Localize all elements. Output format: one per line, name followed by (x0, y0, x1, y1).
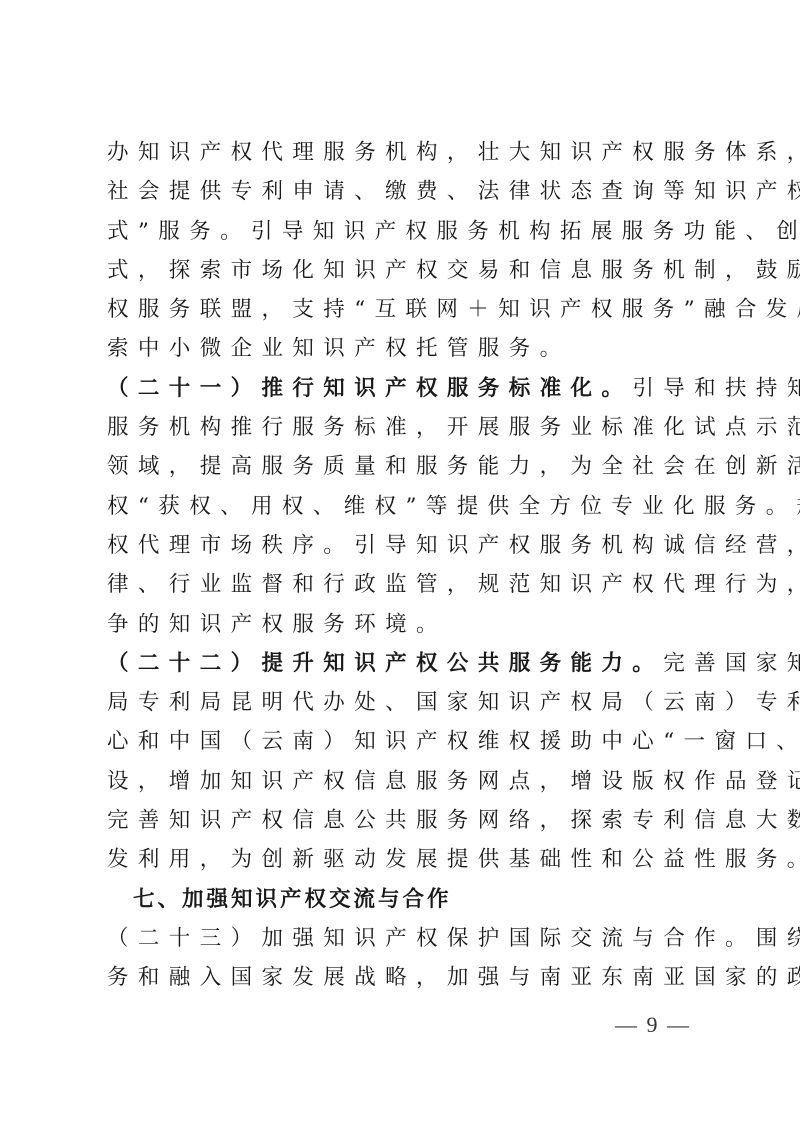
text-line: 权代理市场秩序。引导知识产权服务机构诚信经营，加强企业自 (107, 529, 697, 568)
text-line: 发利用，为创新驱动发展提供基础性和公益性服务。 (107, 843, 697, 882)
text-line: 式，探索市场化知识产权交易和信息服务机制，鼓励建立知识产 (107, 254, 697, 293)
text-run: 争的知识产权服务环境。 (107, 612, 447, 637)
text-line: 式”服务。引导知识产权服务机构拓展服务功能、创新服务模 (107, 215, 697, 254)
text-run: 权“获权、用权、维权”等提供全方位专业化服务。规范知识产 (107, 494, 800, 519)
section-23-line: （二十三）加强知识产权保护国际交流与合作。围绕主动服 (107, 922, 697, 961)
section-21-line: （二十一）推行知识产权服务标准化。引导和扶持知识产权 (107, 372, 697, 411)
text-run: 办知识产权代理服务机构，壮大知识产权服务体系，面向企业和 (107, 140, 800, 165)
text-line: 办知识产权代理服务机构，壮大知识产权服务体系，面向企业和 (107, 136, 697, 175)
text-line: 社会提供专利申请、缴费、法律状态查询等知识产权事务“一站 (107, 175, 697, 214)
text-run: 发利用，为创新驱动发展提供基础性和公益性服务。 (107, 847, 800, 872)
page-number: — 9 — (598, 1012, 708, 1038)
text-run: 务和融入国家发展战略，加强与南亚东南亚国家的政府间知识产 (107, 965, 800, 990)
text-run: 设，增加知识产权信息服务网点，增设版权作品登记服务窗口， (107, 769, 800, 794)
body-text: 办知识产权代理服务机构，壮大知识产权服务体系，面向企业和 社会提供专利申请、缴费… (107, 136, 697, 1001)
text-run: 完善国家知识产权 (663, 651, 800, 676)
text-run: 索中小微企业知识产权托管服务。 (107, 336, 571, 361)
text-line: 局专利局昆明代办处、国家知识产权局（云南）专利信息服务中 (107, 686, 697, 725)
chapter-7-heading-line: 七、加强知识产权交流与合作 (107, 883, 697, 922)
text-run: 式”服务。引导知识产权服务机构拓展服务功能、创新服务模 (107, 219, 800, 244)
text-line: 权“获权、用权、维权”等提供全方位专业化服务。规范知识产 (107, 490, 697, 529)
text-run: 律、行业监督和行政监管，规范知识产权代理行为，建立公平竞 (107, 572, 800, 597)
document-page: 办知识产权代理服务机构，壮大知识产权服务体系，面向企业和 社会提供专利申请、缴费… (0, 0, 800, 1131)
text-line: 争的知识产权服务环境。 (107, 608, 697, 647)
text-line: 设，增加知识产权信息服务网点，增设版权作品登记服务窗口， (107, 765, 697, 804)
text-run: 局专利局昆明代办处、国家知识产权局（云南）专利信息服务中 (107, 690, 800, 715)
text-run: 心和中国（云南）知识产权维权援助中心“一窗口、两中心”建 (107, 729, 800, 754)
text-line: 务和融入国家发展战略，加强与南亚东南亚国家的政府间知识产 (107, 961, 697, 1000)
text-run: 权服务联盟，支持“互联网＋知识产权服务”融合发展。积极探 (107, 297, 800, 322)
text-run: 服务机构推行服务标准，开展服务业标准化试点示范，延伸服务 (107, 415, 800, 440)
text-run: 引导和扶持知识产权 (632, 376, 800, 401)
section-22-line: （二十二）提升知识产权公共服务能力。完善国家知识产权 (107, 647, 697, 686)
text-run: 领域，提高服务质量和服务能力，为全社会在创新活动中知识产 (107, 454, 800, 479)
text-run: 完善知识产权信息公共服务网络，探索专利信息大数据的深度开 (107, 808, 800, 833)
text-run: 围绕主动服 (756, 926, 800, 951)
text-line: 完善知识产权信息公共服务网络，探索专利信息大数据的深度开 (107, 804, 697, 843)
text-line: 律、行业监督和行政监管，规范知识产权代理行为，建立公平竞 (107, 568, 697, 607)
text-line: 领域，提高服务质量和服务能力，为全社会在创新活动中知识产 (107, 450, 697, 489)
section-21-title: （二十一）推行知识产权服务标准化。 (107, 376, 632, 401)
text-run: 权代理市场秩序。引导知识产权服务机构诚信经营，加强企业自 (107, 533, 800, 558)
section-23-title: （二十三）加强知识产权保护国际交流与合作。 (107, 926, 756, 951)
text-line: 权服务联盟，支持“互联网＋知识产权服务”融合发展。积极探 (107, 293, 697, 332)
text-run: 社会提供专利申请、缴费、法律状态查询等知识产权事务“一站 (107, 179, 800, 204)
text-line: 索中小微企业知识产权托管服务。 (107, 332, 697, 371)
text-line: 服务机构推行服务标准，开展服务业标准化试点示范，延伸服务 (107, 411, 697, 450)
text-run: 式，探索市场化知识产权交易和信息服务机制，鼓励建立知识产 (107, 258, 800, 283)
chapter-7-heading: 七、加强知识产权交流与合作 (107, 887, 452, 912)
text-line: 心和中国（云南）知识产权维权援助中心“一窗口、两中心”建 (107, 725, 697, 764)
section-22-title: （二十二）提升知识产权公共服务能力。 (107, 651, 663, 676)
